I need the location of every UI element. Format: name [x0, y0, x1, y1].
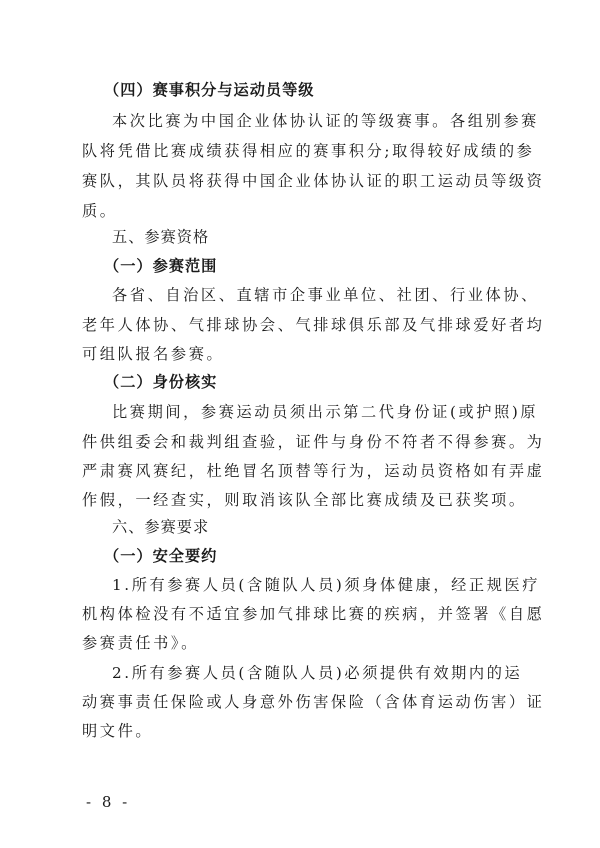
text-line: 赛队，其队员将获得中国企业体协认证的职工运动员等级资: [82, 171, 522, 191]
text-line: 动赛事责任保险或人身意外伤害保险（含体育运动伤害）证: [82, 692, 522, 712]
section-heading: 五、参赛资格: [112, 227, 522, 247]
text-line: 各省、自治区、直辖市企事业单位、社团、行业体协、: [112, 285, 522, 305]
subheading: （二）身份核实: [104, 372, 514, 392]
subheading: （四）赛事积分与运动员等级: [104, 80, 514, 100]
document-page: （四）赛事积分与运动员等级本次比赛为中国企业体协认证的等级赛事。各组别参赛队将凭…: [0, 0, 600, 848]
text-line: 机构体检没有不适宜参加气排球比赛的疾病，并签署《自愿: [82, 604, 522, 624]
subheading: （一）参赛范围: [104, 256, 514, 276]
text-line: 作假，一经查实，则取消该队全部比赛成绩及已获奖项。: [82, 490, 522, 510]
subheading: （一）安全要约: [104, 546, 514, 566]
section-heading: 六、参赛要求: [112, 517, 522, 537]
text-line: 参赛责任书》。: [82, 633, 522, 653]
text-line: 比赛期间，参赛运动员须出示第二代身份证(或护照)原: [112, 402, 522, 422]
text-line: 严肃赛风赛纪，杜绝冒名顶替等行为，运动员资格如有弄虚: [82, 461, 522, 481]
text-line: 队将凭借比赛成绩获得相应的赛事积分;取得较好成绩的参: [82, 141, 522, 161]
text-line: 件供组委会和裁判组查验，证件与身份不符者不得参赛。为: [82, 432, 522, 452]
text-line: 可组队报名参赛。: [82, 344, 522, 364]
text-line: 质。: [82, 201, 522, 221]
text-line: 本次比赛为中国企业体协认证的等级赛事。各组别参赛: [112, 111, 522, 131]
text-line: 1.所有参赛人员(含随队人员)须身体健康，经正规医疗: [112, 575, 522, 595]
text-line: 2.所有参赛人员(含随队人员)必须提供有效期内的运: [112, 663, 522, 683]
page-number: - 8 -: [86, 793, 130, 811]
text-line: 老年人体协、气排球协会、气排球俱乐部及气排球爱好者均: [82, 315, 522, 335]
text-line: 明文件。: [82, 721, 522, 741]
